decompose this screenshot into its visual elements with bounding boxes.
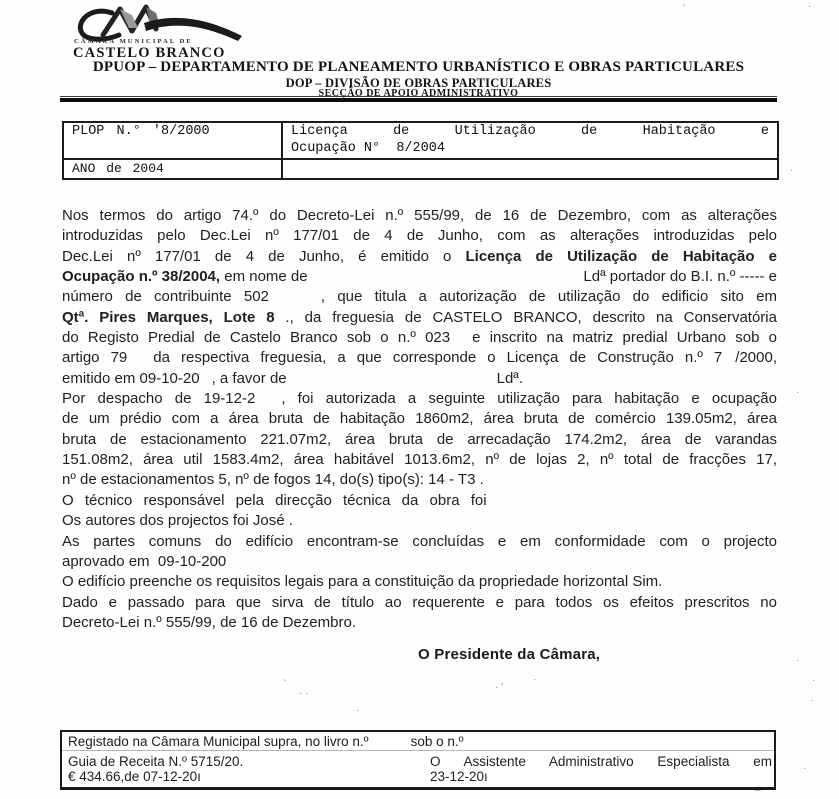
scan-artifact: '	[683, 4, 685, 14]
body-text-segment: Dec.Lei nº 177/01 de 4 de Junho, é emiti…	[62, 248, 466, 265]
blank-gap	[369, 745, 411, 746]
body-text-segment: Decreto-Lei n.º 555/99, de 16 de Dezembr…	[62, 614, 356, 631]
scan-artifact: ·	[810, 696, 813, 706]
blank-gap	[450, 341, 472, 342]
body-line: 151.08m2, área util 1583.4m2, área habit…	[62, 450, 777, 470]
body-line: As partes comuns do edifício encontram-s…	[62, 532, 777, 552]
plop-number-cell: PLOP N.° '8/2000	[64, 123, 283, 160]
body-line: O técnico responsável pela direcção técn…	[62, 491, 777, 511]
body-text-segment: , foi autorizada a seguinte utilização p…	[281, 390, 777, 407]
body-text-segment: e inscrito na matriz predial Urbano sob …	[472, 329, 777, 346]
assistant-date: 23-12-20ı	[430, 769, 772, 784]
body-text-segment: número de contribuinte 502	[62, 288, 269, 305]
department-line-1: DPUOP – DEPARTAMENTO DE PLANEAMENTO URBA…	[60, 59, 777, 76]
body-text-segment: O edifício preenche os requisitos legais…	[62, 573, 662, 590]
license-title-line1: Licença de Utilização de Habitação e	[291, 124, 769, 141]
blank-gap	[287, 382, 497, 383]
body-text-segment: Ocupação n.º 38/2004,	[62, 267, 220, 287]
license-title-line2: Ocupação N° 8/2004	[291, 141, 769, 158]
blank-gap	[200, 382, 212, 383]
body-text-segment: , a favor de	[212, 370, 287, 387]
body-line: O edifício preenche os requisitos legais…	[62, 572, 777, 592]
scan-artifact: –	[755, 786, 761, 796]
body-text-segment: Os autores dos projectos foi José .	[62, 512, 293, 529]
scan-artifact: ·	[812, 676, 815, 686]
body-line: de um prédio com a área bruta de habitaç…	[62, 409, 777, 429]
body-line: Nos termos do artigo 74.º do Decreto-Lei…	[62, 206, 777, 226]
blank-gap	[722, 361, 735, 362]
receipt-amount-date: € 434.66,de 07-12-20ı	[68, 769, 243, 784]
body-line: Por despacho de 19-12-2, foi autorizada …	[62, 389, 777, 409]
receipt-number: Guia de Receita N.º 5715/20.	[68, 754, 243, 769]
receipt-block: Guia de Receita N.º 5715/20. € 434.66,de…	[68, 754, 243, 784]
scan-artifact: `	[283, 680, 286, 690]
scan-artifact: ·	[790, 166, 793, 176]
body-text-segment: Ldª portador do B.I. n.º ----- e	[583, 267, 777, 287]
signature-title: O Presidente da Câmara,	[418, 646, 600, 663]
sob-text: sob o n.º	[411, 734, 464, 749]
body-text-segment: artigo 79	[62, 349, 127, 366]
body-text-segment: do Registo Predial de Castelo Branco sob…	[62, 329, 450, 346]
body-text-segment: Nos termos do artigo 74.º do Decreto-Lei…	[62, 207, 777, 224]
assistant-title: O Assistente Administrativo Especialista…	[430, 754, 772, 769]
body-text-segment: bruta de estacionamento 221.07m2, área b…	[62, 431, 777, 448]
body-text-segment: /2000,	[735, 349, 777, 366]
body-text-segment: nº de estacionamentos 5, nº de fogos 14,…	[62, 471, 484, 488]
body-text-segment: , que titula a autorização de utilização…	[321, 288, 777, 305]
body-text-segment: Dado e passado para que sirva de título …	[62, 594, 777, 611]
registration-row: Registado na Câmara Municipal supra, no …	[62, 732, 774, 751]
scan-artifact: ·	[533, 675, 536, 685]
scan-artifact: ·	[796, 388, 799, 398]
header-divider-rule	[60, 96, 777, 103]
registered-text: Registado na Câmara Municipal supra, no …	[68, 734, 369, 749]
body-line: Ocupação n.º 38/2004, em nome deLdª port…	[62, 267, 777, 287]
year-cell: ANO de 2004	[64, 160, 283, 178]
body-text: Nos termos do artigo 74.º do Decreto-Lei…	[62, 206, 777, 633]
body-text-segment: As partes comuns do edifício encontram-s…	[62, 533, 777, 550]
body-line: introduzidas pelo Dec.Lei nº 177/01 de 4…	[62, 226, 777, 246]
body-line: bruta de estacionamento 221.07m2, área b…	[62, 430, 777, 450]
body-text-segment: O técnico responsável pela direcção técn…	[62, 492, 487, 509]
scan-artifact: ·	[803, 764, 806, 774]
blank-gap	[308, 267, 584, 268]
body-line: emitido em 09-10-20, a favor deLdª.	[62, 369, 777, 389]
scan-artifact: ·	[808, 2, 811, 12]
body-line: aprovado em 09-10-200	[62, 552, 777, 572]
scan-artifact: · '	[495, 683, 503, 693]
municipal-logo: CÂMARA MUNICIPAL DE CASTELO BRANCO	[72, 2, 247, 62]
body-line: nº de estacionamentos 5, nº de fogos 14,…	[62, 470, 777, 490]
body-line: número de contribuinte 502, que titula a…	[62, 287, 777, 307]
body-line: artigo 79da respectiva freguesia, a que …	[62, 348, 777, 368]
body-line: Dado e passado para que sirva de título …	[62, 593, 777, 613]
body-text-segment: emitido em 09-10-20	[62, 370, 200, 387]
body-text-segment: de um prédio com a área bruta de habitaç…	[62, 410, 777, 427]
body-text-segment: 151.08m2, área util 1583.4m2, área habit…	[62, 451, 777, 468]
scan-artifact: ·	[356, 706, 359, 716]
assistant-block: O Assistente Administrativo Especialista…	[430, 754, 772, 784]
blank-gap	[127, 361, 153, 362]
body-text-segment: Por despacho de 19-12-2	[62, 390, 255, 407]
body-text-segment: da respectiva freguesia, a que correspon…	[153, 349, 722, 366]
body-line: Os autores dos projectos foi José .	[62, 511, 777, 531]
body-line: Dec.Lei nº 177/01 de 4 de Junho, é emiti…	[62, 247, 777, 267]
scanned-license-document: CÂMARA MUNICIPAL DE CASTELO BRANCO DPUOP…	[0, 0, 839, 799]
body-line: Qtª. Pires Marques, Lote 8 ., da fregues…	[62, 308, 777, 328]
body-text-segment: Qtª. Pires Marques, Lote 8	[62, 309, 275, 326]
reference-table: PLOP N.° '8/2000 Licença de Utilização d…	[62, 121, 779, 180]
blank-gap	[269, 300, 321, 301]
body-line: Decreto-Lei n.º 555/99, de 16 de Dezembr…	[62, 613, 777, 633]
body-text-segment: em nome de	[220, 267, 308, 287]
empty-cell	[283, 160, 777, 178]
body-text-segment: ., da freguesia de CASTELO BRANCO, descr…	[275, 309, 777, 326]
registration-box: Registado na Câmara Municipal supra, no …	[60, 730, 776, 790]
scan-artifact: · ·	[299, 689, 308, 699]
body-line: do Registo Predial de Castelo Branco sob…	[62, 328, 777, 348]
body-text-segment: introduzidas pelo Dec.Lei nº 177/01 de 4…	[62, 227, 777, 244]
license-title-cell: Licença de Utilização de Habitação e Ocu…	[283, 123, 777, 160]
body-text-segment: aprovado em 09-10-200	[62, 553, 226, 570]
body-text-segment: Licença de Utilização de Habitação e	[466, 248, 778, 265]
logo-small-text: CÂMARA MUNICIPAL DE	[74, 38, 247, 45]
body-text-segment: Ldª.	[497, 370, 523, 387]
scan-artifact: ·	[796, 656, 799, 666]
blank-gap	[255, 402, 281, 403]
